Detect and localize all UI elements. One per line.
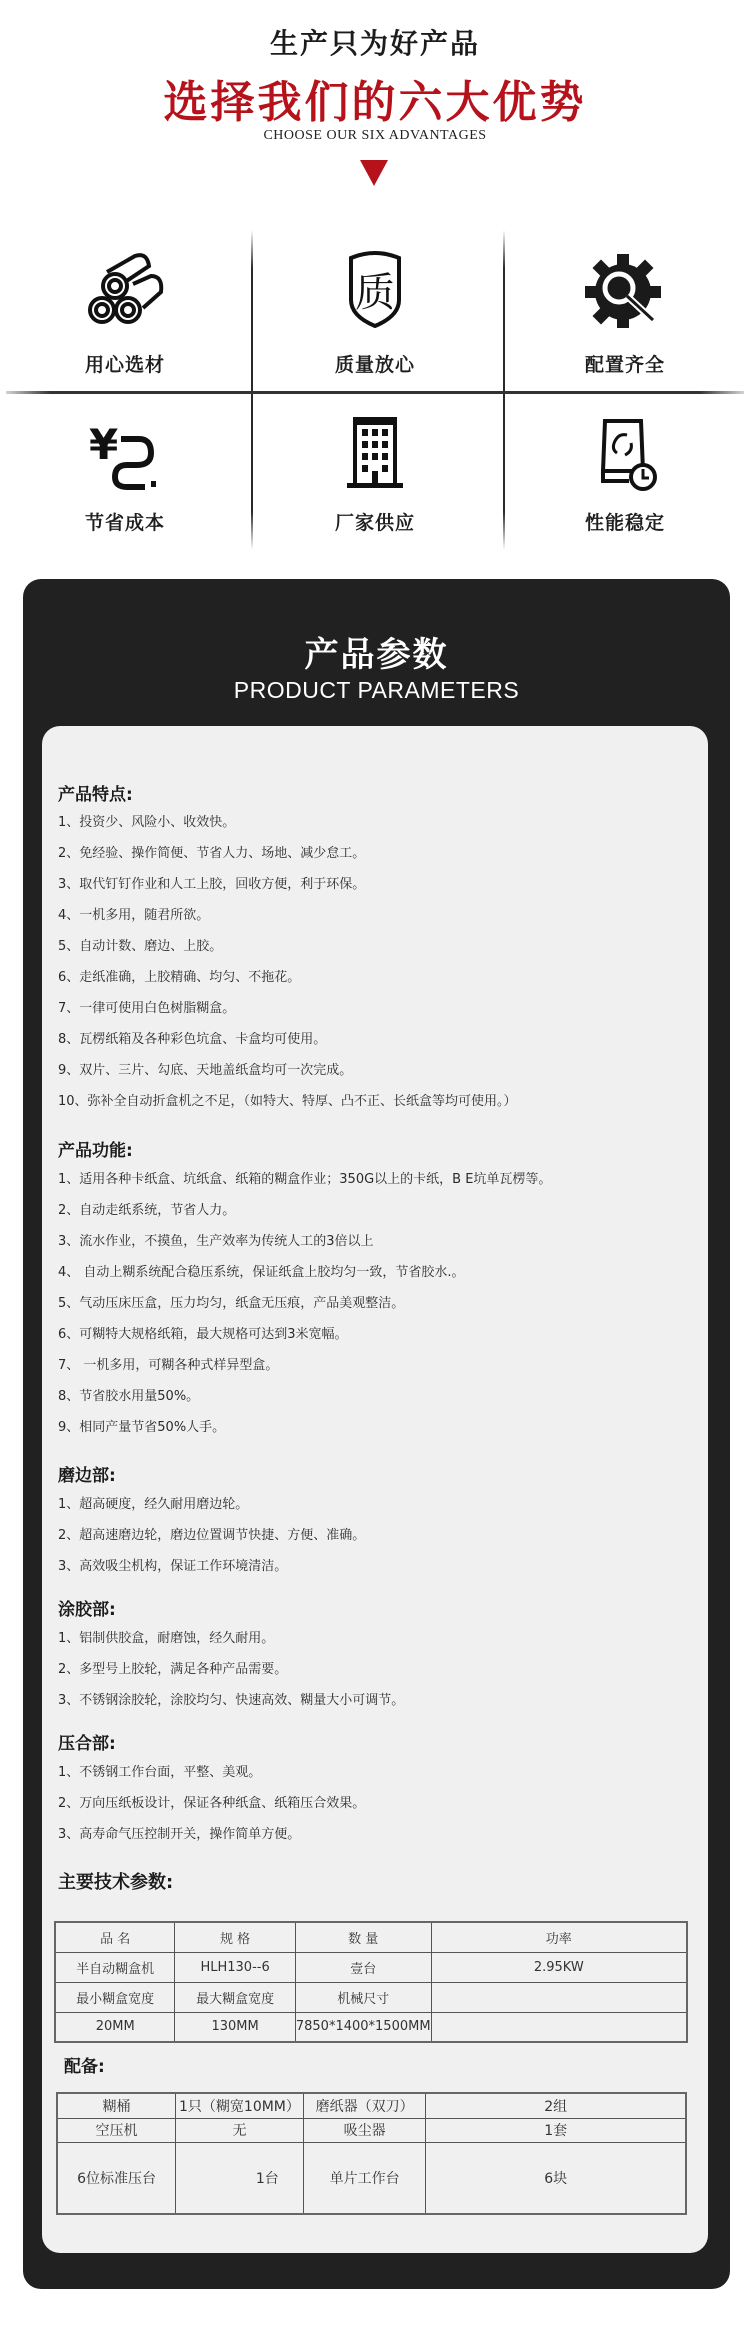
list-item: 1、适用各种卡纸盒、坑纸盒、纸箱的糊盒作业；350G以上的卡纸，B E坑单瓦楞等… (58, 1168, 551, 1187)
list-item: 2、万向压纸板设计，保证各种纸盒、纸箱压合效果。 (58, 1792, 365, 1811)
header-subtitle: 生产只为好产品 (0, 22, 750, 62)
list-item: 6、可糊特大规格纸箱，最大规格可达到3米宽幅。 (58, 1323, 348, 1342)
table-cell: HLH130--6 (175, 1952, 296, 1982)
list-item: 4、一机多用，随君所欲。 (58, 904, 209, 923)
list-item: 9、相同产量节省50%人手。 (58, 1416, 225, 1435)
table-row: 品 名 规 格 数 量 功率 (55, 1922, 687, 1952)
advantages-grid: 用心选材 质 质量放心 (0, 230, 750, 550)
params-panel: 产品特点: 1、投资少、风险小、收效快。 2、免经验、操作简便、节省人力、场地、… (42, 726, 708, 2253)
gear-wrench-icon (585, 250, 665, 330)
list-item: 1、不锈钢工作台面，平整、美观。 (58, 1761, 261, 1780)
list-item: 4、 自动上糊系统配合稳压系统，保证纸盒上胶均匀一致，节省胶水.。 (58, 1261, 465, 1280)
table-cell: 2.95KW (431, 1952, 687, 1982)
table-cell: 壹台 (295, 1952, 431, 1982)
advantage-quality: 质 质量放心 (250, 230, 500, 390)
table-cell: 1台 (176, 2142, 304, 2214)
list-item: 3、高效吸尘机构，保证工作环境清洁。 (58, 1555, 287, 1574)
table-row: 糊桶 1只（糊宽10MM） 磨纸器（双刀） 2组 (57, 2093, 686, 2118)
table-row: 最小糊盒宽度 最大糊盒宽度 机械尺寸 (55, 1982, 687, 2012)
advantage-cost-saving: ¥ 节省成本 (0, 395, 250, 555)
table-row: 6位标准压台 1台 单片工作台 6块 (57, 2142, 686, 2214)
product-parameters-card: 产品参数 PRODUCT PARAMETERS 产品特点: 1、投资少、风险小、… (23, 579, 730, 2289)
list-item: 3、取代钉钉作业和人工上胶，回收方便，利于环保。 (58, 873, 365, 892)
list-item: 6、走纸准确，上胶精确、均匀、不拖花。 (58, 966, 300, 985)
table-header-cell: 品 名 (55, 1922, 175, 1952)
advantage-configuration: 配置齐全 (500, 230, 750, 390)
list-item: 7、一律可使用白色树脂糊盒。 (58, 997, 235, 1016)
list-item: 5、自动计数、磨边、上胶。 (58, 935, 222, 954)
table-row: 20MM 130MM 7850*1400*1500MM (55, 2012, 687, 2042)
svg-text:¥: ¥ (89, 420, 118, 469)
list-item: 3、流水作业，不摸鱼，生产效率为传统人工的3倍以上 (58, 1230, 374, 1249)
table-header-cell: 功率 (431, 1922, 687, 1952)
list-item: 3、高寿命气压控制开关，操作简单方便。 (58, 1823, 300, 1842)
params-subtitle: PRODUCT PARAMETERS (23, 677, 730, 704)
table-cell: 糊桶 (57, 2093, 176, 2118)
list-item: 7、 一机多用，可糊各种式样异型盒。 (58, 1354, 278, 1373)
table-cell: 空压机 (57, 2118, 176, 2142)
section-title-gluing: 涂胶部: (58, 1595, 116, 1620)
list-item: 9、双片、三片、勾底、天地盖纸盒均可一次完成。 (58, 1059, 352, 1078)
params-title: 产品参数 (23, 627, 730, 676)
list-item: 1、超高硬度，经久耐用磨边轮。 (58, 1493, 248, 1512)
equipment-table: 糊桶 1只（糊宽10MM） 磨纸器（双刀） 2组 空压机 无 吸尘器 1套 6位… (56, 2092, 687, 2215)
table-cell: 6位标准压台 (57, 2142, 176, 2214)
section-title-features: 产品特点: (58, 780, 133, 805)
section-title-functions: 产品功能: (58, 1136, 133, 1161)
table-header-cell: 数 量 (295, 1922, 431, 1952)
table-cell: 机械尺寸 (295, 1982, 431, 2012)
section-title-edge-grinding: 磨边部: (58, 1461, 116, 1486)
table-cell (431, 2012, 687, 2042)
tech-params-table: 品 名 规 格 数 量 功率 半自动糊盒机 HLH130--6 壹台 2.95K… (54, 1921, 688, 2043)
table-cell: 1只（糊宽10MM） (176, 2093, 304, 2118)
table-cell: 半自动糊盒机 (55, 1952, 175, 1982)
list-item: 2、自动走纸系统，节省人力。 (58, 1199, 235, 1218)
list-item: 8、瓦楞纸箱及各种彩色坑盒、卡盒均可使用。 (58, 1028, 326, 1047)
table-row: 半自动糊盒机 HLH130--6 壹台 2.95KW (55, 1952, 687, 1982)
pipes-icon (85, 250, 165, 330)
list-item: 2、免经验、操作简便、节省人力、场地、减少怠工。 (58, 842, 365, 861)
advantage-materials: 用心选材 (0, 230, 250, 390)
list-item: 2、超高速磨边轮，磨边位置调节快捷、方便、准确。 (58, 1524, 365, 1543)
section-title-tech-params: 主要技术参数: (58, 1868, 173, 1894)
table-cell: 1套 (426, 2118, 686, 2142)
header-title: 选择我们的六大优势 (0, 66, 750, 130)
list-item: 5、气动压床压盒，压力均匀，纸盒无压痕，产品美观整洁。 (58, 1292, 404, 1311)
table-header-cell: 规 格 (175, 1922, 296, 1952)
stable-performance-icon (585, 413, 665, 493)
list-item: 2、多型号上胶轮，满足各种产品需要。 (58, 1658, 287, 1677)
table-cell: 130MM (175, 2012, 296, 2042)
table-cell: 20MM (55, 2012, 175, 2042)
list-item: 1、铝制供胶盒，耐磨蚀，经久耐用。 (58, 1627, 274, 1646)
table-cell: 磨纸器（双刀） (303, 2093, 426, 2118)
svg-text:质: 质 (355, 270, 395, 316)
table-row: 空压机 无 吸尘器 1套 (57, 2118, 686, 2142)
table-cell: 最大糊盒宽度 (175, 1982, 296, 2012)
down-triangle-icon (360, 160, 388, 186)
header-english: CHOOSE OUR SIX ADVANTAGES (0, 128, 750, 144)
advantage-factory-supply: 厂家供应 (250, 395, 500, 555)
section-title-equipment: 配备: (64, 2052, 105, 2077)
table-cell (431, 1982, 687, 2012)
list-item: 1、投资少、风险小、收效快。 (58, 811, 235, 830)
table-cell: 单片工作台 (303, 2142, 426, 2214)
table-cell: 最小糊盒宽度 (55, 1982, 175, 2012)
factory-building-icon (335, 413, 415, 493)
table-cell: 无 (176, 2118, 304, 2142)
section-title-pressing: 压合部: (58, 1729, 116, 1754)
list-item: 8、节省胶水用量50%。 (58, 1385, 199, 1404)
table-cell: 7850*1400*1500MM (295, 2012, 431, 2042)
yuan-save-icon: ¥ (85, 413, 165, 493)
table-cell: 2组 (426, 2093, 686, 2118)
list-item: 10、弥补全自动折盒机之不足，（如特大、特厚、凸不正、长纸盒等均可使用。） (58, 1090, 517, 1109)
table-cell: 吸尘器 (303, 2118, 426, 2142)
table-cell: 6块 (426, 2142, 686, 2214)
quality-shield-icon: 质 (335, 250, 415, 330)
list-item: 3、不锈钢涂胶轮，涂胶均匀、快速高效、糊量大小可调节。 (58, 1689, 404, 1708)
advantage-stable-performance: 性能稳定 (500, 395, 750, 555)
grid-divider (6, 391, 744, 394)
